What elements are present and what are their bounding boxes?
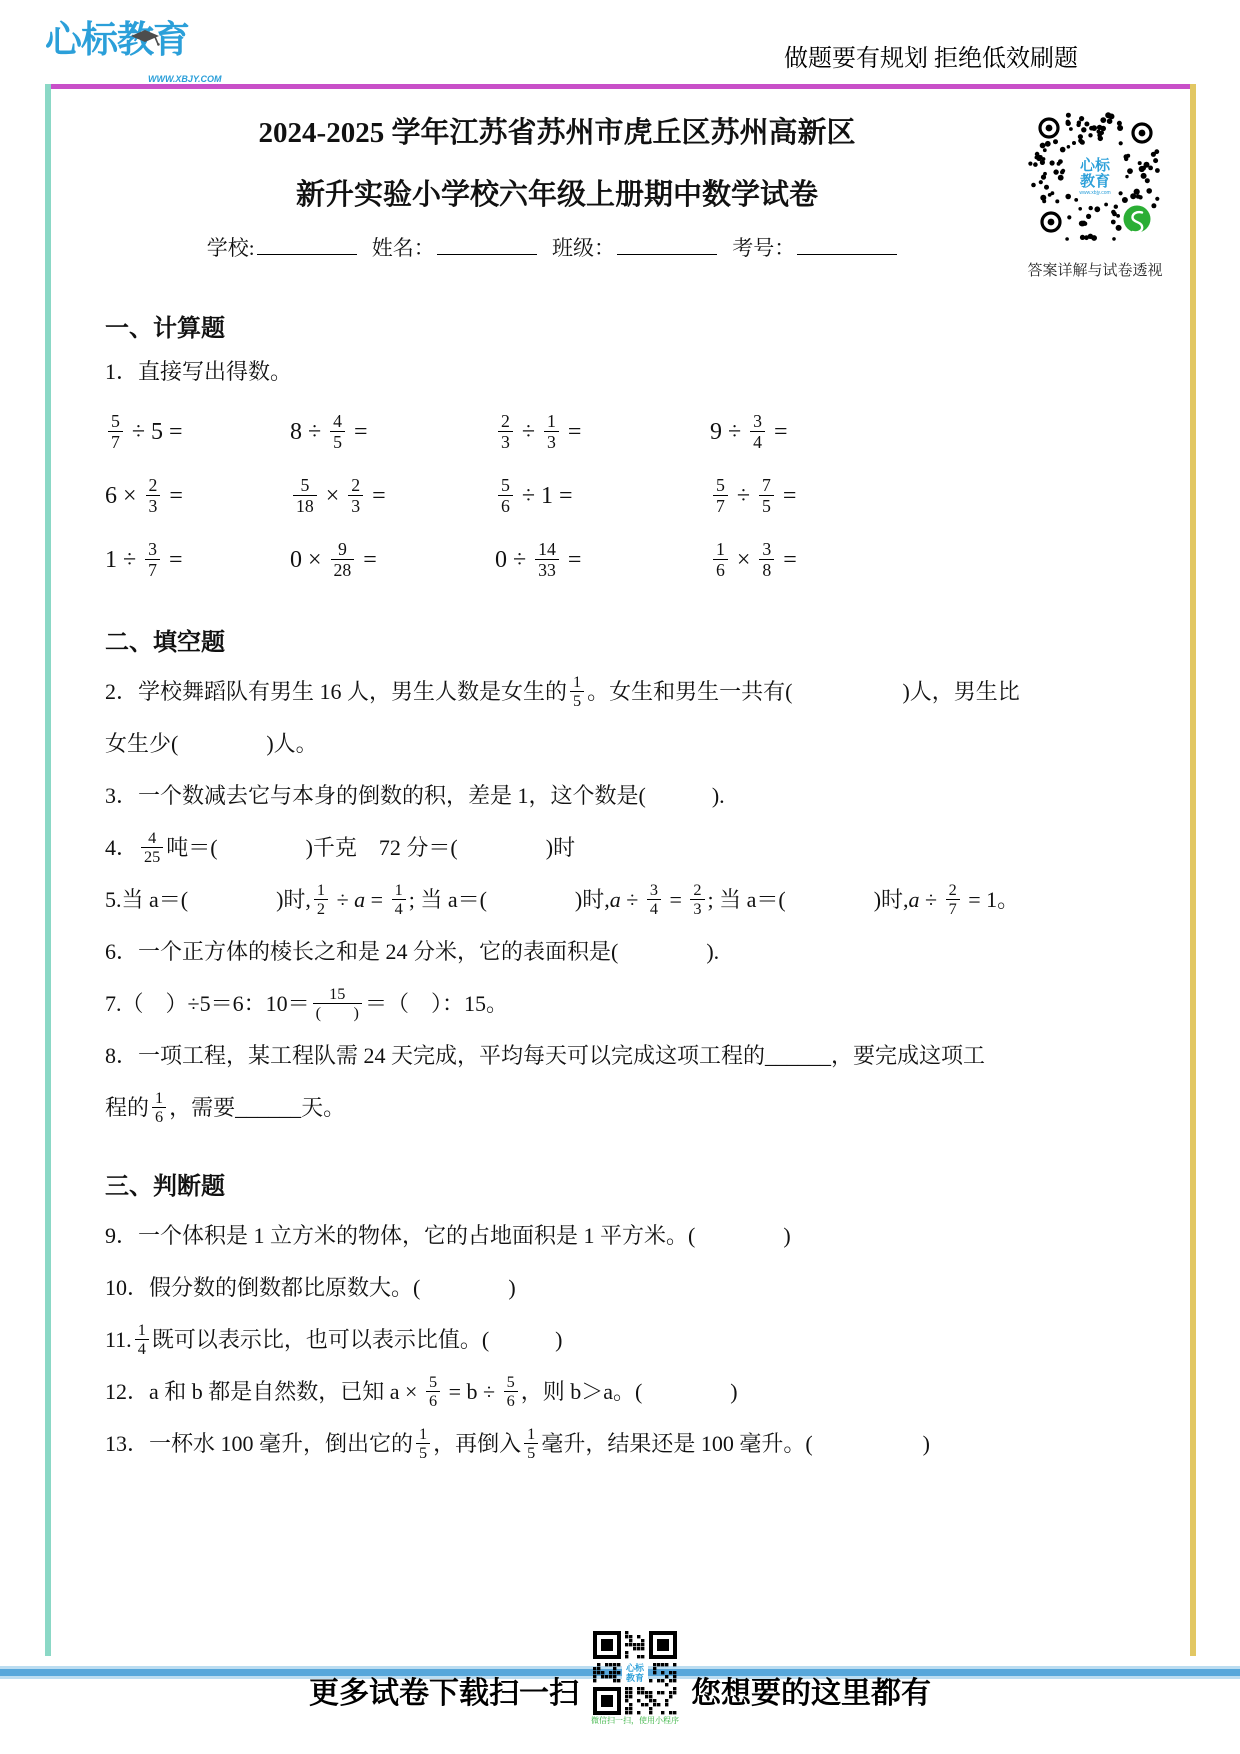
- fraction: 928: [331, 539, 355, 581]
- info-label-name: 姓名：: [372, 236, 435, 260]
- question-line-6: 6．一个正方体的棱长之和是 24 分米，它的表面积是( ).: [105, 926, 1140, 978]
- calc-cell: 23 ÷ 13 =: [495, 408, 710, 456]
- exam-paper-page: { "colors":{"brand_blue":"#2B9FD9","mage…: [0, 0, 1240, 1754]
- fraction: 12: [314, 881, 328, 919]
- calc-cell: 16 × 38 =: [710, 536, 1140, 584]
- footer: 更多试卷下载扫一扫 心标教育 微信扫一扫，使用小程序 您想要的这里都有: [0, 1616, 1240, 1728]
- section-heading-fill: 二、填空题: [105, 626, 1140, 660]
- qr-caption: 答案详解与试卷透视: [1016, 259, 1174, 280]
- fraction: 38: [759, 539, 774, 581]
- section-heading-judge: 三、判断题: [105, 1170, 1140, 1204]
- calc-cell: 0 ÷ 1433 =: [495, 536, 710, 584]
- fraction: 16: [152, 1089, 166, 1127]
- qr-code: 心标教育www.xbjy.com: [1025, 106, 1165, 246]
- question-line-7: 7.（ ）÷5＝6：10＝15( )＝（ ）：15。: [105, 978, 1140, 1030]
- question-line-4: 4．425吨＝( )千克 72 分＝( )时: [105, 822, 1140, 874]
- fraction: 23: [498, 411, 513, 453]
- fraction: 27: [946, 881, 960, 919]
- calc-cell: 57 ÷ 75 =: [710, 472, 1140, 520]
- question-line-2b: 女生少( )人。: [105, 718, 1140, 770]
- question-line-9: 9．一个体积是 1 立方米的物体，它的占地面积是 1 平方米。( ): [105, 1210, 1140, 1262]
- calc-cell: 0 × 928 =: [290, 536, 495, 584]
- top-border-line: [45, 84, 1196, 89]
- fraction: 57: [713, 475, 728, 517]
- right-border-line: [1190, 84, 1196, 1656]
- fraction: 518: [293, 475, 317, 517]
- graduation-cap-icon: [129, 28, 163, 46]
- info-label-school: 学校:: [207, 236, 255, 260]
- footer-qr-block: 心标教育 微信扫一扫，使用小程序: [591, 1631, 679, 1726]
- class-blank: [617, 236, 717, 255]
- left-border-line: [45, 84, 51, 1656]
- info-label-examno: 考号：: [732, 236, 795, 260]
- fraction: 23: [146, 475, 161, 517]
- fraction: 14: [392, 881, 406, 919]
- footer-left-text: 更多试卷下载扫一扫: [309, 1668, 579, 1712]
- svg-text:教育: 教育: [1080, 172, 1110, 190]
- fraction: 34: [750, 411, 765, 453]
- question-line-12: 12．a 和 b 都是自然数，已知 a × 56 = b ÷ 56，则 b＞a。…: [105, 1366, 1140, 1418]
- exam-title-line2: 新升实验小学校六年级上册期中数学试卷: [52, 174, 1062, 216]
- fraction: 23: [348, 475, 363, 517]
- question-line-13: 13．一杯水 100 毫升，倒出它的15，再倒入15毫升，结果还是 100 毫升…: [105, 1418, 1140, 1470]
- calc-cell: 1 ÷ 37 =: [105, 536, 290, 584]
- question-line-5: 5.当 a＝( )时,12 ÷ a = 14; 当 a＝( )时,a ÷ 34 …: [105, 874, 1140, 926]
- header-slogan: 做题要有规划 拒绝低效刷题: [784, 38, 1078, 73]
- calc-cell: 6 × 23 =: [105, 472, 290, 520]
- brand-logo: 心标教育 WWW.XBJY.COM: [45, 20, 265, 80]
- fraction: 75: [759, 475, 774, 517]
- fraction: 56: [426, 1373, 440, 1411]
- calc-cell: 57 ÷ 5 =: [105, 408, 290, 456]
- question-line-11: 11.14既可以表示比，也可以表示比值。( ): [105, 1314, 1140, 1366]
- exam-title-line1: 2024-2025 学年江苏省苏州市虎丘区苏州高新区: [52, 112, 1062, 154]
- question-line-3: 3．一个数减去它与本身的倒数的积，差是 1，这个数是( ).: [105, 770, 1140, 822]
- question-line-8b: 程的16，需要______天。: [105, 1082, 1140, 1134]
- fraction: 56: [504, 1373, 518, 1411]
- student-info-line: 学校: 姓名： 班级： 考号：: [52, 232, 1062, 262]
- fraction: 14: [135, 1321, 149, 1359]
- fraction: 16: [713, 539, 728, 581]
- fraction: 56: [498, 475, 513, 517]
- fraction: 1433: [535, 539, 559, 581]
- question-line-8a: 8．一项工程，某工程队需 24 天完成，平均每天可以完成这项工程的______，…: [105, 1030, 1140, 1082]
- exam-content: 一、计算题 1．直接写出得数。 57 ÷ 5 = 8 ÷ 45 = 23 ÷ 1…: [105, 302, 1140, 1470]
- footer-right-text: 您想要的这里都有: [691, 1668, 931, 1712]
- fraction: 34: [647, 881, 661, 919]
- fraction: 23: [690, 881, 704, 919]
- side-qr-block: 心标教育www.xbjy.com 答案详解与试卷透视: [1016, 106, 1174, 280]
- name-blank: [437, 236, 537, 255]
- question-line-10: 10．假分数的倒数都比原数大。( ): [105, 1262, 1140, 1314]
- svg-text:心标: 心标: [625, 1662, 645, 1673]
- footer-qr-caption: 微信扫一扫，使用小程序: [591, 1716, 679, 1726]
- fraction: 13: [544, 411, 559, 453]
- calc-cell: 9 ÷ 34 =: [710, 408, 1140, 456]
- fraction: 45: [330, 411, 345, 453]
- calc-instruction: 1．直接写出得数。: [105, 352, 1140, 392]
- examno-blank: [797, 236, 897, 255]
- fraction: 425: [141, 829, 163, 867]
- calc-cell: 518 × 23 =: [290, 472, 495, 520]
- fraction: 15( ): [313, 985, 362, 1023]
- calc-grid: 57 ÷ 5 = 8 ÷ 45 = 23 ÷ 13 = 9 ÷ 34 = 6 ×…: [105, 408, 1140, 584]
- footer-qr-code: 心标教育: [593, 1631, 677, 1715]
- svg-text:www.xbjy.com: www.xbjy.com: [1079, 190, 1110, 196]
- svg-text:心标: 心标: [1080, 156, 1111, 174]
- question-line-2a: 2．学校舞蹈队有男生 16 人，男生人数是女生的15。女生和男生一共有( )人，…: [105, 666, 1140, 718]
- title-block: 2024-2025 学年江苏省苏州市虎丘区苏州高新区 新升实验小学校六年级上册期…: [52, 112, 1062, 262]
- svg-text:教育: 教育: [625, 1672, 644, 1683]
- school-blank: [257, 236, 357, 255]
- calc-cell: 56 ÷ 1 =: [495, 472, 710, 520]
- fraction: 37: [145, 539, 160, 581]
- fraction: 57: [108, 411, 123, 453]
- info-label-class: 班级：: [552, 236, 615, 260]
- calc-cell: 8 ÷ 45 =: [290, 408, 495, 456]
- section-heading-calc: 一、计算题: [105, 312, 1140, 346]
- fraction: 15: [524, 1425, 538, 1463]
- fraction: 15: [570, 673, 584, 711]
- brand-logo-url: WWW.XBJY.COM: [148, 74, 222, 84]
- fraction: 15: [416, 1425, 430, 1463]
